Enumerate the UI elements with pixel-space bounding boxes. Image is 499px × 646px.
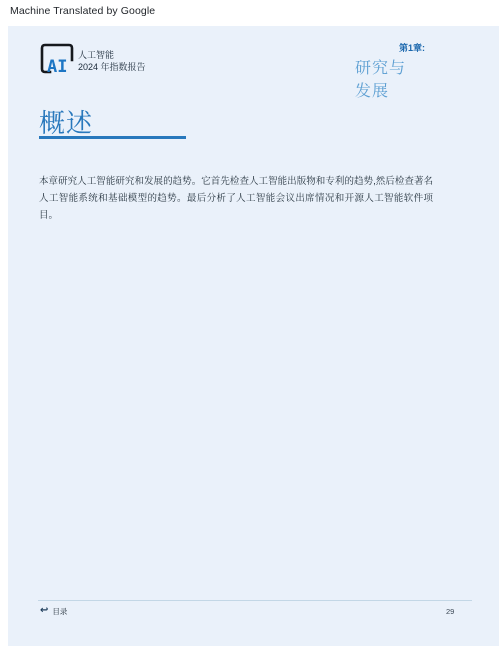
document-page: AI 人工智能 2024 年指数报告 第1章: 研究与 发展 概述 本章研究人工… [8, 26, 499, 646]
chapter-number-label: 第1章: [355, 41, 425, 54]
chapter-heading: 第1章: 研究与 发展 [355, 41, 425, 103]
translation-banner: Machine Translated by Google [0, 0, 499, 26]
overview-paragraph: 本章研究人工智能研究和发展的趋势。它首先检查人工智能出版物和专利的趋势,然后检查… [39, 173, 433, 224]
ai-index-logo-frame-icon: AI [39, 41, 77, 79]
chapter-title-line1: 研究与 [355, 57, 425, 80]
report-title: 人工智能 2024 年指数报告 [78, 49, 146, 73]
footer-divider [38, 600, 472, 601]
chapter-title-line2: 发展 [355, 80, 425, 103]
page-number: 29 [446, 607, 454, 616]
report-title-line1: 人工智能 [78, 49, 146, 61]
translation-banner-text: Machine Translated by Google [10, 5, 155, 17]
back-arrow-icon: ↩ [40, 605, 48, 617]
section-title: 概述 [39, 103, 93, 140]
ai-logo-letters: AI [47, 57, 67, 77]
report-title-line2: 2024 年指数报告 [78, 61, 146, 73]
ai-index-logo: AI [39, 41, 77, 79]
section-title-underline [39, 136, 186, 139]
toc-label: 目录 [52, 606, 67, 617]
back-to-toc-link[interactable]: ↩ 目录 [40, 605, 67, 617]
